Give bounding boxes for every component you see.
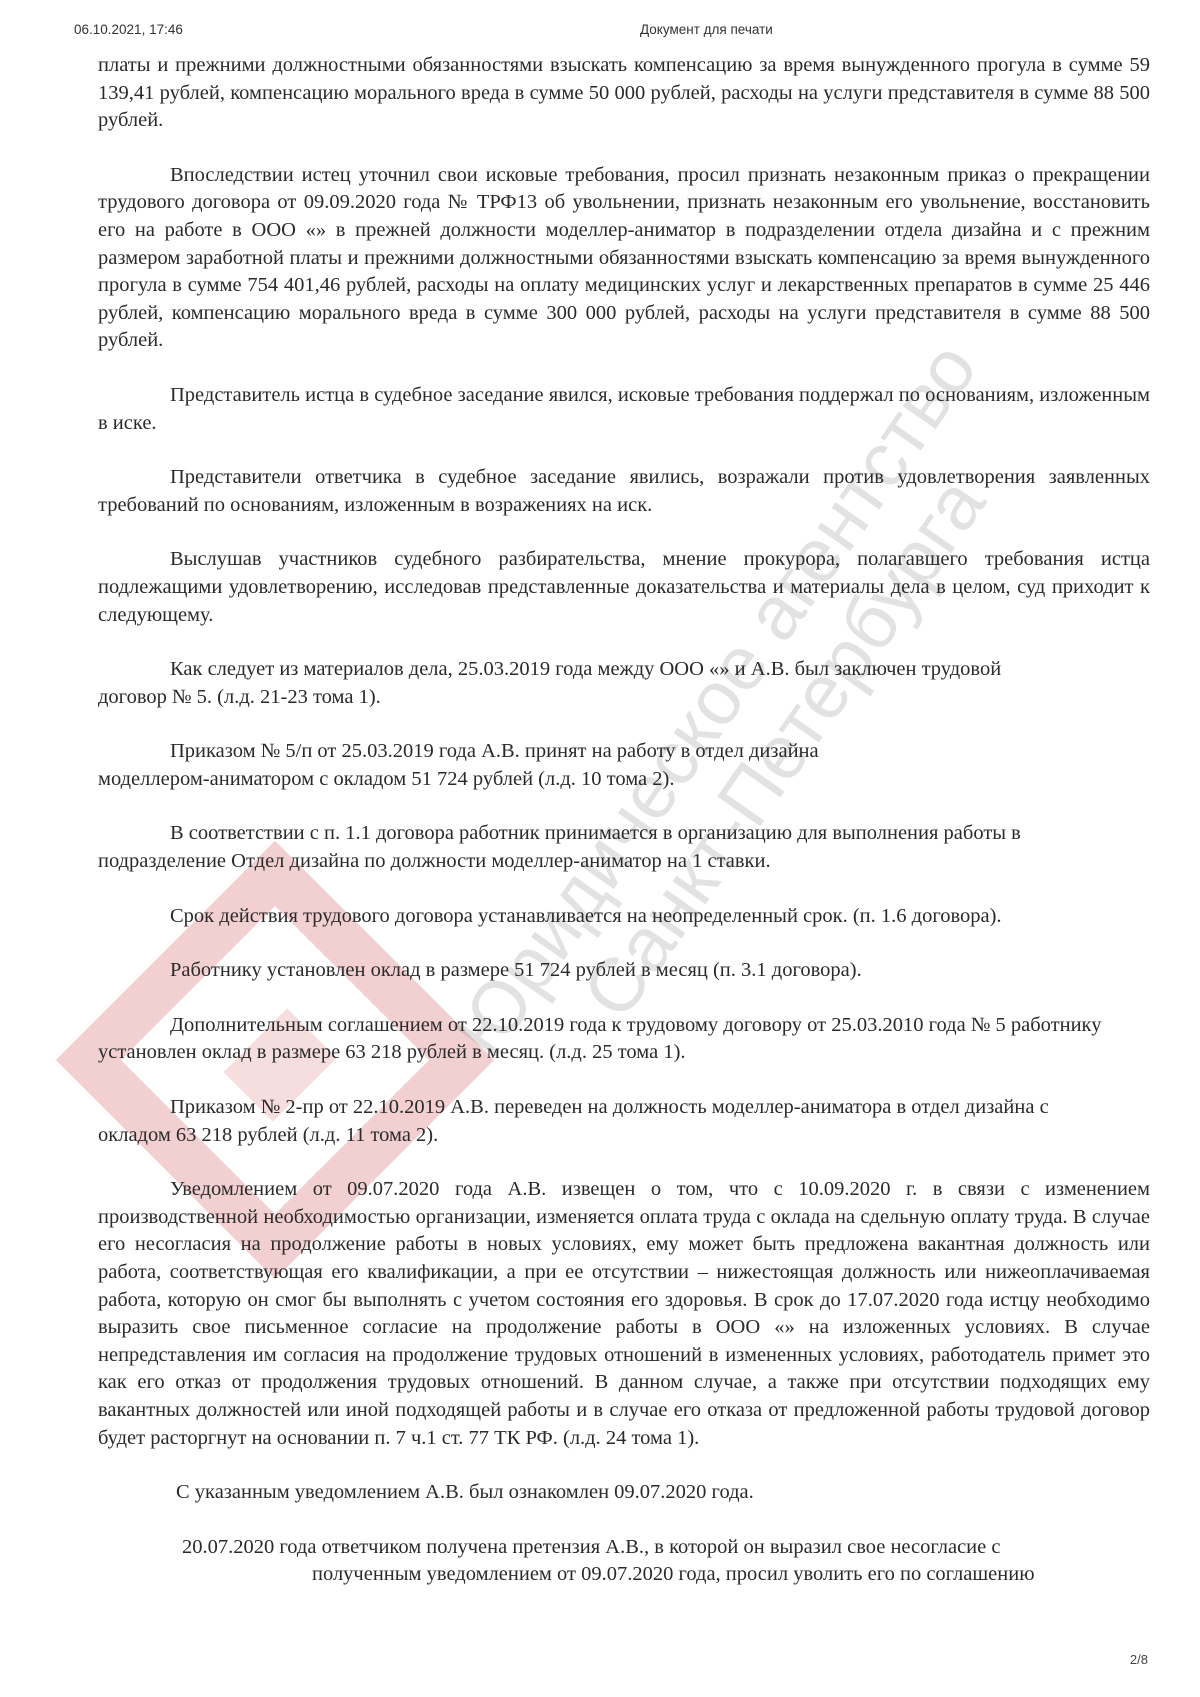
print-timestamp: 06.10.2021, 17:46: [74, 22, 183, 37]
paragraph-defendant-representatives: Представители ответчика в судебное засед…: [98, 464, 1150, 519]
paragraph-contract-concluded: Как следует из материалов дела, 25.03.20…: [98, 656, 1038, 711]
paragraph-claims-clarified: Впоследствии истец уточнил свои исковые …: [98, 162, 1150, 355]
paragraph-notification: Уведомлением от 09.07.2020 года А.В. изв…: [98, 1176, 1150, 1452]
paragraph-court-findings-intro: Выслушав участников судебного разбирател…: [98, 546, 1150, 629]
paragraph-transfer-order: Приказом № 2-пр от 22.10.2019 А.В. перев…: [98, 1094, 1058, 1149]
paragraph-continued: платы и прежними должностными обязанност…: [98, 52, 1150, 135]
paragraph-contract-term: Срок действия трудового договора устанав…: [98, 903, 1150, 931]
paragraph-hiring-order: Приказом № 5/п от 25.03.2019 года А.В. п…: [98, 738, 898, 793]
paragraph-claim-received: 20.07.2020 года ответчиком получена прет…: [98, 1534, 1150, 1562]
paragraph-acknowledged: С указанным уведомлением А.В. был ознако…: [98, 1479, 1150, 1507]
print-title: Документ для печати: [640, 22, 773, 37]
page-number: 2/8: [1130, 1652, 1148, 1667]
paragraph-plaintiff-representative: Представитель истца в судебное заседание…: [98, 382, 1150, 437]
print-header: 06.10.2021, 17:46 Документ для печати: [0, 22, 1200, 42]
paragraph-contract-clause-1-1: В соответствии с п. 1.1 договора работни…: [98, 820, 1150, 875]
document-body: платы и прежними должностными обязанност…: [98, 52, 1150, 1589]
paragraph-additional-agreement: Дополнительным соглашением от 22.10.2019…: [98, 1012, 1150, 1067]
paragraph-claim-received-cont: полученным уведомлением от 09.07.2020 го…: [98, 1561, 1150, 1589]
paragraph-salary: Работнику установлен оклад в размере 51 …: [98, 957, 1150, 985]
